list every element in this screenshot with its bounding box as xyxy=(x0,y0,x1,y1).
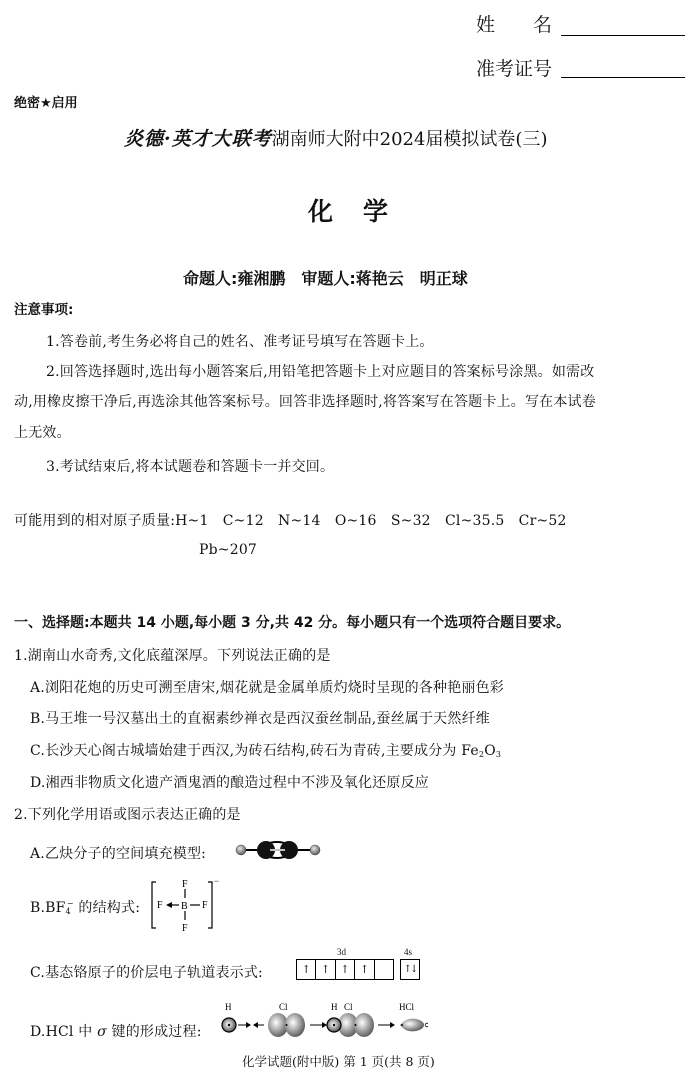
page-footer: 化学试题(附中版) 第 1 页(共 8 页) xyxy=(242,1052,435,1070)
bf4-charge: − xyxy=(214,876,219,886)
exam-id-field-line[interactable] xyxy=(561,77,685,78)
exam-title-rest: 湖南师大附中2024届模拟试卷(三) xyxy=(272,129,548,150)
acetylene-space-filling-model xyxy=(234,839,322,861)
name-label: 姓 名 xyxy=(476,10,552,37)
orbital-3d-boxes: ↑ ↑ ↑ ↑ xyxy=(296,959,394,980)
label-hcl: HCl xyxy=(399,1002,415,1012)
bf4-left-f: F xyxy=(157,900,163,911)
q1-option-b: B.马王堆一号汉墓出土的直裾素纱禅衣是西汉蚕丝制品,蚕丝属于天然纤维 xyxy=(30,708,490,728)
orbital-3d-box-3: ↑ xyxy=(336,960,355,979)
orbital-3d-box-2: ↑ xyxy=(316,960,335,979)
notes-heading: 注意事项: xyxy=(14,298,73,318)
hcl-sigma-bond-formation-diagram: H Cl H Cl HCl xyxy=(218,1000,428,1045)
q1-option-d: D.湘西非物质文化遗产酒鬼酒的酿造过程中不涉及氧化还原反应 xyxy=(30,772,429,792)
bf4-right-f: F xyxy=(202,900,208,911)
exam-id-label: 准考证号 xyxy=(476,54,552,81)
note-item-3: 3.考试结束后,将本试题卷和答题卡一并交回。 xyxy=(46,456,334,476)
authors: 命题人:雍湘鹏 审题人:蒋艳云 明正球 xyxy=(183,266,468,289)
exam-title: 炎德·英才大联考湖南师大附中2024届模拟试卷(三) xyxy=(124,124,547,151)
label-h2: H xyxy=(331,1002,338,1012)
bf4-top-f: F xyxy=(182,879,188,890)
bf4-structural-formula: F F B F F − xyxy=(150,876,220,934)
confidential-mark: 绝密★启用 xyxy=(14,92,78,111)
orbital-3d-label: 3d xyxy=(337,947,346,957)
subject-title: 化学 xyxy=(308,192,418,228)
section-1-heading: 一、选择题:本题共 14 小题,每小题 3 分,共 42 分。每小题只有一个选项… xyxy=(14,612,570,632)
note-item-2-end: 上无效。 xyxy=(14,422,71,442)
bf4-bottom-f: F xyxy=(182,923,188,934)
name-field-line[interactable] xyxy=(561,35,685,36)
q2-option-c: C.基态铬原子的价层电子轨道表示式: xyxy=(30,962,263,982)
q2-option-b: B.BF4− 的结构式: xyxy=(30,897,140,917)
chromium-orbital-diagram: 3d 4s ↑ ↑ ↑ ↑ ↑↓ xyxy=(296,947,426,981)
atomic-masses-line1: 可能用到的相对原子质量:H~1 C~12 N~14 O~16 S~32 Cl~3… xyxy=(14,510,567,530)
atomic-masses-label: 可能用到的相对原子质量: xyxy=(14,513,175,529)
orbital-3d-box-5 xyxy=(375,960,393,979)
q1-stem: 1.湖南山水奇秀,文化底蕴深厚。下列说法正确的是 xyxy=(14,645,331,665)
orbital-3d-box-1: ↑ xyxy=(297,960,316,979)
note-item-2-cont: 动,用橡皮擦干净后,再选涂其他答案标号。回答非选择题时,将答案写在答题卡上。写在… xyxy=(14,391,596,411)
label-h: H xyxy=(225,1002,232,1012)
q2-stem: 2.下列化学用语或图示表达正确的是 xyxy=(14,804,241,824)
orbital-4s-box: ↑↓ xyxy=(400,959,420,980)
q2-option-d: D.HCl 中 σ 键的形成过程: xyxy=(30,1021,202,1041)
q1-option-c: C.长沙天心阁古城墙始建于西汉,为砖石结构,砖石为青砖,主要成分为 Fe2O3 xyxy=(30,740,501,760)
q2-option-a: A.乙炔分子的空间填充模型: xyxy=(30,843,206,863)
note-item-2: 2.回答选择题时,选出每小题答案后,用铅笔把答题卡上对应题目的答案标号涂黑。如需… xyxy=(46,361,594,381)
exam-brand: 炎德·英才大联考 xyxy=(124,128,272,150)
q1-option-a: A.浏阳花炮的历史可溯至唐宋,烟花就是金属单质灼烧时呈现的各种艳丽色彩 xyxy=(30,677,504,697)
label-cl: Cl xyxy=(279,1002,288,1012)
bf4-center-b: B xyxy=(181,901,188,912)
orbital-3d-box-4: ↑ xyxy=(355,960,374,979)
atomic-masses-line2: Pb~207 xyxy=(199,542,257,558)
orbital-4s-label: 4s xyxy=(404,947,412,957)
atomic-masses-values: H~1 C~12 N~14 O~16 S~32 Cl~35.5 Cr~52 xyxy=(175,513,567,529)
note-item-1: 1.答卷前,考生务必将自己的姓名、准考证号填写在答题卡上。 xyxy=(46,331,434,351)
label-cl2: Cl xyxy=(344,1002,353,1012)
